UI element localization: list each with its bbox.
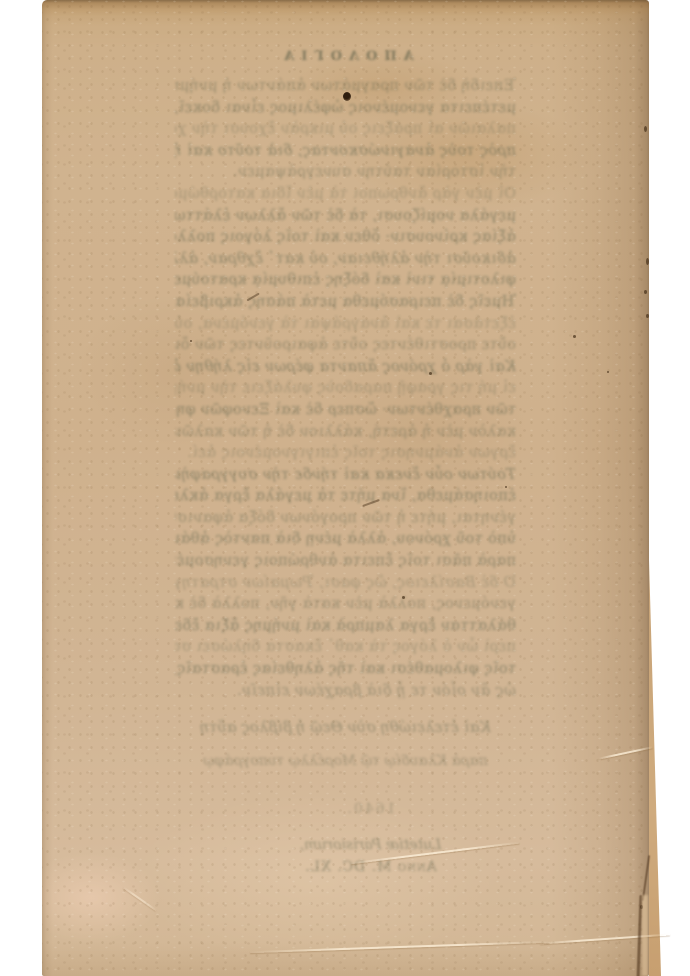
ink-blot <box>343 92 351 101</box>
scanned-book-page: ΑΠΟΛΟΓΙΑ Ἐπειδὴ δὲ τῶν πραγμάτων ἁπάντων… <box>0 0 690 976</box>
showthrough-body-line: Οἱ μὲν γὰρ ἄνθρωποι τὰ μὲν ἴδια κατορθώμ… <box>175 184 516 206</box>
showthrough-body-line: γενόμενος, πολλὰ μὲν κατὰ γῆν, πολλὰ δὲ … <box>175 594 516 616</box>
showthrough-body-line: παρὰ πᾶσι τοῖς ἔπειτα ἀνθρώποις γενησομέ… <box>175 551 516 573</box>
showthrough-body-line: Καὶ γὰρ ὁ χρόνος ἅπαντα φέρων εἰς λήθην … <box>175 357 516 379</box>
showthrough-body-line: Ἡμεῖς δὲ πειρασόμεθα μετὰ πάσης ἀκριβεία… <box>175 292 516 314</box>
showthrough-body-line: ἐποιησάμεθα, ἵνα μήτε τὰ μεγάλα ἔργα ἀκλ… <box>175 486 516 508</box>
showthrough-header: ΑΠΟΛΟΓΙΑ <box>175 46 516 68</box>
showthrough-body-line: οὔτε προστιθέντες οὔτε ἀφαιροῦντες τῶν ὄ… <box>175 335 516 357</box>
showthrough-body-line: ὡς ἂν οἷόν τε ᾖ διὰ βραχέων εἰπεῖν. <box>175 681 516 703</box>
showthrough-body-line: τῶν πραχθέντων· ὥσπερ δὲ καὶ Ξενοφῶν φησ… <box>175 400 516 422</box>
showthrough-imprint-line: Καὶ ἐτελειώθη σὺν Θεῷ ἡ βίβλος αὕτη <box>175 716 516 738</box>
page-fore-edge-sliver <box>649 560 661 976</box>
showthrough-body-line: Ὁ δὲ Βασίλειος, ὥς φασι, Ῥωμαίων στρατηγ… <box>175 573 516 595</box>
showthrough-body-line: ἐξετάσαι τε καὶ ἀναγράψαι τὰ γενόμενα, ο… <box>175 314 516 336</box>
showthrough-body-line: γένηται, μήτε ἡ τῶν προγόνων δόξα ἀφανισ… <box>175 508 516 530</box>
paper-speck <box>402 596 405 599</box>
showthrough-body-line: παλαιῶν αἱ πράξεις οὐ μικρὰν ἔχουσι τὴν … <box>175 119 516 141</box>
edge-speck <box>644 126 647 132</box>
showthrough-body-line: τοῖς φιλομαθέσι καὶ τῆς ἀληθείας ἐρασταῖ… <box>175 659 516 681</box>
showthrough-body-line: εἰ μή τις γραφῇ παραδοὺς φυλάξειε τὴν μν… <box>175 378 516 400</box>
showthrough-body-line: καλὸν μὲν ἡ ἀρετή, κάλλιον δὲ ἡ τῶν καλῶ… <box>175 422 516 444</box>
showthrough-body-line: τὴν ἱστορίαν ταύτην συνεγράψαμεν. <box>175 162 516 184</box>
showthrough-body-line: ἔργων ἀνάμνησις τοῖς ἐπιγιγνομένοις ἀεί. <box>175 443 516 465</box>
showthrough-body-line: φιλοτιμίᾳ τινὶ καὶ δόξης ἐπιθυμίᾳ κρατού… <box>175 270 516 292</box>
showthrough-imprint-line: 1640. <box>200 798 541 820</box>
showthrough-imprint: Καὶ ἐτελειώθη σὺν Θεῷ ἡ βίβλος αὕτηπαρὰ … <box>175 716 516 878</box>
page-fold-highlight <box>642 895 648 976</box>
paper-speck <box>505 486 507 488</box>
edge-speck <box>646 258 649 265</box>
showthrough-body-line: ἀδικοῦσι τὴν ἀλήθειαν, οὐ κατ᾽ ἔχθραν, ἀ… <box>175 249 516 271</box>
showthrough-body-line: πρὸς τοὺς ἀναγινώσκοντας, διὰ τοῦτο καὶ … <box>175 141 516 163</box>
showthrough-body-line: μεγάλα νομίζουσι, τὰ δὲ τῶν ἄλλων ἐλάττω… <box>175 206 516 228</box>
edge-speck <box>646 314 649 318</box>
paper-speck <box>573 335 576 338</box>
showthrough-body-line: περὶ ὧν ὁ λόγος τὰ καθ᾽ ἕκαστα δηλώσει σ… <box>175 637 516 659</box>
paper-speck <box>190 340 192 342</box>
showthrough-imprint-line: παρὰ Κλαυδίῳ τῷ Μορέλλῳ τυπογράφῳ <box>175 750 516 772</box>
showthrough-body-line: ἀξίας κρίνουσιν· ὅθεν καὶ τοῖς λόγοις πο… <box>175 227 516 249</box>
showthrough-body-line: ὑπὸ τοῦ χρόνου, ἀλλὰ μένῃ διὰ παντὸς ἀθά… <box>175 529 516 551</box>
showthrough-body: Ἐπειδὴ δὲ τῶν πραγμάτων ἁπάντων ἡ μνήμη … <box>175 76 516 702</box>
showthrough-body-line: Τούτων οὖν ἕνεκα καὶ τήνδε τὴν συγγραφὴν <box>175 465 516 487</box>
paper-speck <box>429 372 432 375</box>
paper-speck <box>607 371 609 373</box>
edge-speck <box>644 290 647 294</box>
showthrough-text-block: ΑΠΟΛΟΓΙΑ Ἐπειδὴ δὲ τῶν πραγμάτων ἁπάντων… <box>175 46 516 878</box>
showthrough-body-line: θάλατταν ἔργα λαμπρὰ καὶ μνήμης ἄξια ἔδε… <box>175 616 516 638</box>
